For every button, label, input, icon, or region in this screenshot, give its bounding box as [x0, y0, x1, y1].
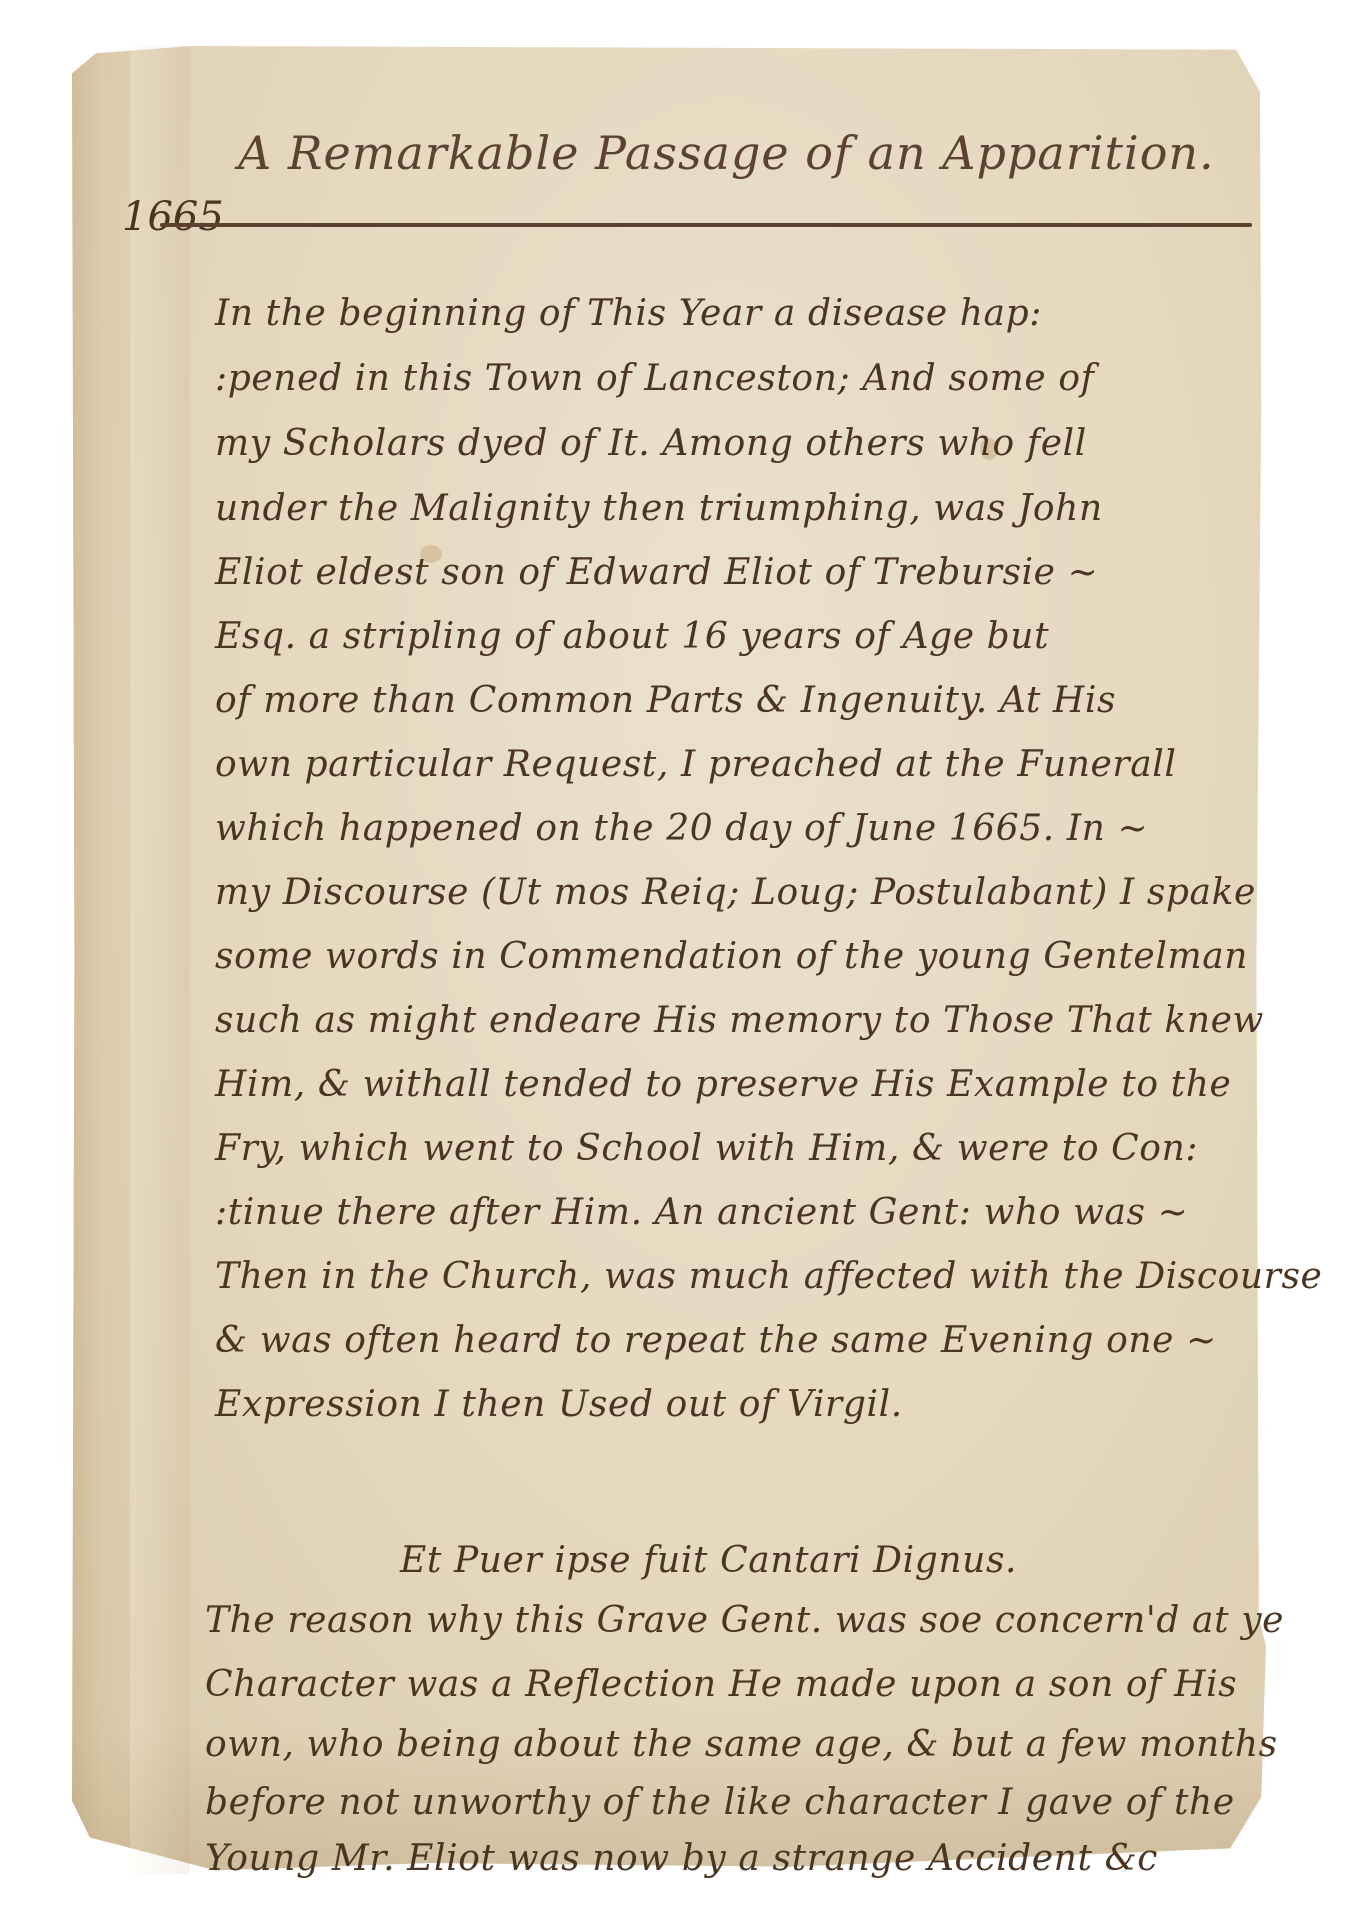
text-line: Character was a Reflection He made upon …	[205, 1664, 1237, 1705]
text-line: such as might endeare His memory to Thos…	[215, 1000, 1264, 1041]
text-line: In the beginning of This Year a disease …	[215, 293, 1042, 334]
text-line: :pened in this Town of Lanceston; And so…	[215, 358, 1095, 399]
text-line: my Discourse (Ut mos Reiq; Loug; Postula…	[215, 872, 1256, 913]
margin-year: 1665	[122, 194, 224, 240]
text-line: :tinue there after Him. An ancient Gent:…	[215, 1192, 1188, 1233]
text-line: Eliot eldest son of Edward Eliot of Treb…	[215, 552, 1098, 593]
latin-quotation: Et Puer ipse fuit Cantari Dignus.	[400, 1540, 1017, 1581]
text-line: own particular Request, I preached at th…	[215, 744, 1177, 785]
manuscript-title: A Remarkable Passage of an Apparition.	[238, 126, 1215, 180]
title-underline	[160, 223, 1252, 227]
text-line: under the Malignity then triumphing, was…	[215, 488, 1103, 529]
paper-fold-shading	[130, 46, 190, 1874]
text-line: Him, & withall tended to preserve His Ex…	[215, 1064, 1231, 1105]
text-line: Then in the Church, was much affected wi…	[215, 1256, 1322, 1297]
text-line: my Scholars dyed of It. Among others who…	[215, 423, 1087, 464]
text-line: which happened on the 20 day of June 166…	[215, 808, 1148, 849]
text-line: own, who being about the same age, & but…	[205, 1724, 1278, 1765]
text-line: before not unworthy of the like characte…	[205, 1782, 1235, 1823]
text-line: The reason why this Grave Gent. was soe …	[205, 1600, 1284, 1641]
text-line: Young Mr. Eliot was now by a strange Acc…	[205, 1838, 1158, 1879]
text-line: of more than Common Parts & Ingenuity. A…	[215, 680, 1116, 721]
text-line: Esq. a stripling of about 16 years of Ag…	[215, 616, 1049, 657]
text-line: Expression I then Used out of Virgil.	[215, 1384, 903, 1425]
text-line: some words in Commendation of the young …	[215, 936, 1248, 977]
text-line: & was often heard to repeat the same Eve…	[215, 1320, 1217, 1361]
text-line: Fry, which went to School with Him, & we…	[215, 1128, 1198, 1169]
